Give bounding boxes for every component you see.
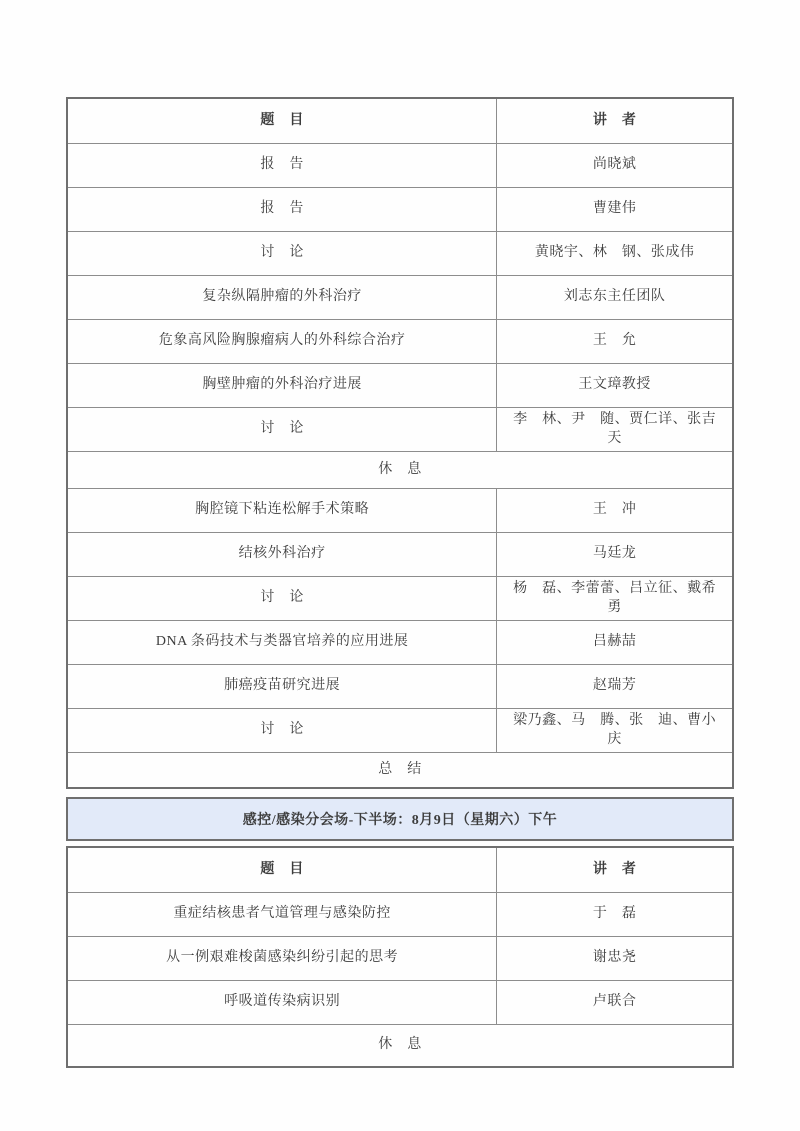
cell-speaker: 王 冲	[496, 489, 732, 532]
cell-speaker: 卢联合	[496, 981, 732, 1024]
document-page: 题 目 讲 者 报 告 尚晓斌 报 告 曹建伟 讨 论 黄晓宇、林 钢、张成伟 …	[0, 0, 800, 1131]
break-row: 休 息	[68, 451, 732, 488]
cell-title: 讨 论	[68, 577, 496, 620]
cell-title: DNA 条码技术与类器官培养的应用进展	[68, 621, 496, 664]
break-row: 休 息	[68, 1024, 732, 1066]
merged-cell-summary: 总 结	[68, 753, 732, 787]
table-row: 危象高风险胸腺瘤病人的外科综合治疗 王 允	[68, 319, 732, 363]
table-row: 结核外科治疗 马廷龙	[68, 532, 732, 576]
table-row: 讨 论 杨 磊、李蕾蕾、吕立征、戴希勇	[68, 576, 732, 620]
cell-speaker: 杨 磊、李蕾蕾、吕立征、戴希勇	[496, 577, 732, 620]
column-header-speaker: 讲 者	[496, 99, 732, 143]
cell-title: 讨 论	[68, 408, 496, 451]
cell-title: 胸腔镜下粘连松解手术策略	[68, 489, 496, 532]
table-row: 讨 论 梁乃鑫、马 腾、张 迪、曹小庆	[68, 708, 732, 752]
cell-title: 报 告	[68, 144, 496, 187]
cell-speaker: 尚晓斌	[496, 144, 732, 187]
cell-speaker: 李 林、尹 随、贾仁详、张吉天	[496, 408, 732, 451]
merged-cell-break: 休 息	[68, 452, 732, 488]
column-header-title: 题 目	[68, 848, 496, 892]
column-header-speaker: 讲 者	[496, 848, 732, 892]
spacer	[66, 789, 734, 797]
table-row: 呼吸道传染病识别 卢联合	[68, 980, 732, 1024]
program-table-part1: 题 目 讲 者 报 告 尚晓斌 报 告 曹建伟 讨 论 黄晓宇、林 钢、张成伟 …	[66, 97, 734, 789]
cell-speaker: 马廷龙	[496, 533, 732, 576]
table-row: 复杂纵隔肿瘤的外科治疗 刘志东主任团队	[68, 275, 732, 319]
cell-title: 从一例艰难梭菌感染纠纷引起的思考	[68, 937, 496, 980]
cell-title: 结核外科治疗	[68, 533, 496, 576]
table-row: 重症结核患者气道管理与感染防控 于 磊	[68, 892, 732, 936]
table-header-row: 题 目 讲 者	[68, 848, 732, 892]
table-row: 胸腔镜下粘连松解手术策略 王 冲	[68, 488, 732, 532]
cell-title: 报 告	[68, 188, 496, 231]
table-row: DNA 条码技术与类器官培养的应用进展 吕赫喆	[68, 620, 732, 664]
program-table-part2: 题 目 讲 者 重症结核患者气道管理与感染防控 于 磊 从一例艰难梭菌感染纠纷引…	[66, 846, 734, 1068]
cell-title: 讨 论	[68, 709, 496, 752]
program-content: 题 目 讲 者 报 告 尚晓斌 报 告 曹建伟 讨 论 黄晓宇、林 钢、张成伟 …	[66, 97, 734, 1068]
summary-row: 总 结	[68, 752, 732, 787]
cell-title: 呼吸道传染病识别	[68, 981, 496, 1024]
table-row: 讨 论 黄晓宇、林 钢、张成伟	[68, 231, 732, 275]
cell-title: 重症结核患者气道管理与感染防控	[68, 893, 496, 936]
cell-speaker: 王文璋教授	[496, 364, 732, 407]
cell-title: 讨 论	[68, 232, 496, 275]
column-header-title: 题 目	[68, 99, 496, 143]
cell-speaker: 刘志东主任团队	[496, 276, 732, 319]
cell-speaker: 于 磊	[496, 893, 732, 936]
cell-title: 胸壁肿瘤的外科治疗进展	[68, 364, 496, 407]
table-row: 报 告 尚晓斌	[68, 143, 732, 187]
cell-title: 肺癌疫苗研究进展	[68, 665, 496, 708]
cell-speaker: 吕赫喆	[496, 621, 732, 664]
table-row: 报 告 曹建伟	[68, 187, 732, 231]
cell-title: 危象高风险胸腺瘤病人的外科综合治疗	[68, 320, 496, 363]
cell-speaker: 曹建伟	[496, 188, 732, 231]
table-header-row: 题 目 讲 者	[68, 99, 732, 143]
cell-speaker: 赵瑞芳	[496, 665, 732, 708]
table-row: 肺癌疫苗研究进展 赵瑞芳	[68, 664, 732, 708]
cell-speaker: 谢忠尧	[496, 937, 732, 980]
table-row: 胸壁肿瘤的外科治疗进展 王文璋教授	[68, 363, 732, 407]
merged-cell-break: 休 息	[68, 1025, 732, 1066]
cell-title: 复杂纵隔肿瘤的外科治疗	[68, 276, 496, 319]
table-row: 从一例艰难梭菌感染纠纷引起的思考 谢忠尧	[68, 936, 732, 980]
session-section-header: 感控/感染分会场-下半场：8月9日（星期六）下午	[66, 797, 734, 841]
cell-speaker: 黄晓宇、林 钢、张成伟	[496, 232, 732, 275]
cell-speaker: 梁乃鑫、马 腾、张 迪、曹小庆	[496, 709, 732, 752]
table-row: 讨 论 李 林、尹 随、贾仁详、张吉天	[68, 407, 732, 451]
cell-speaker: 王 允	[496, 320, 732, 363]
